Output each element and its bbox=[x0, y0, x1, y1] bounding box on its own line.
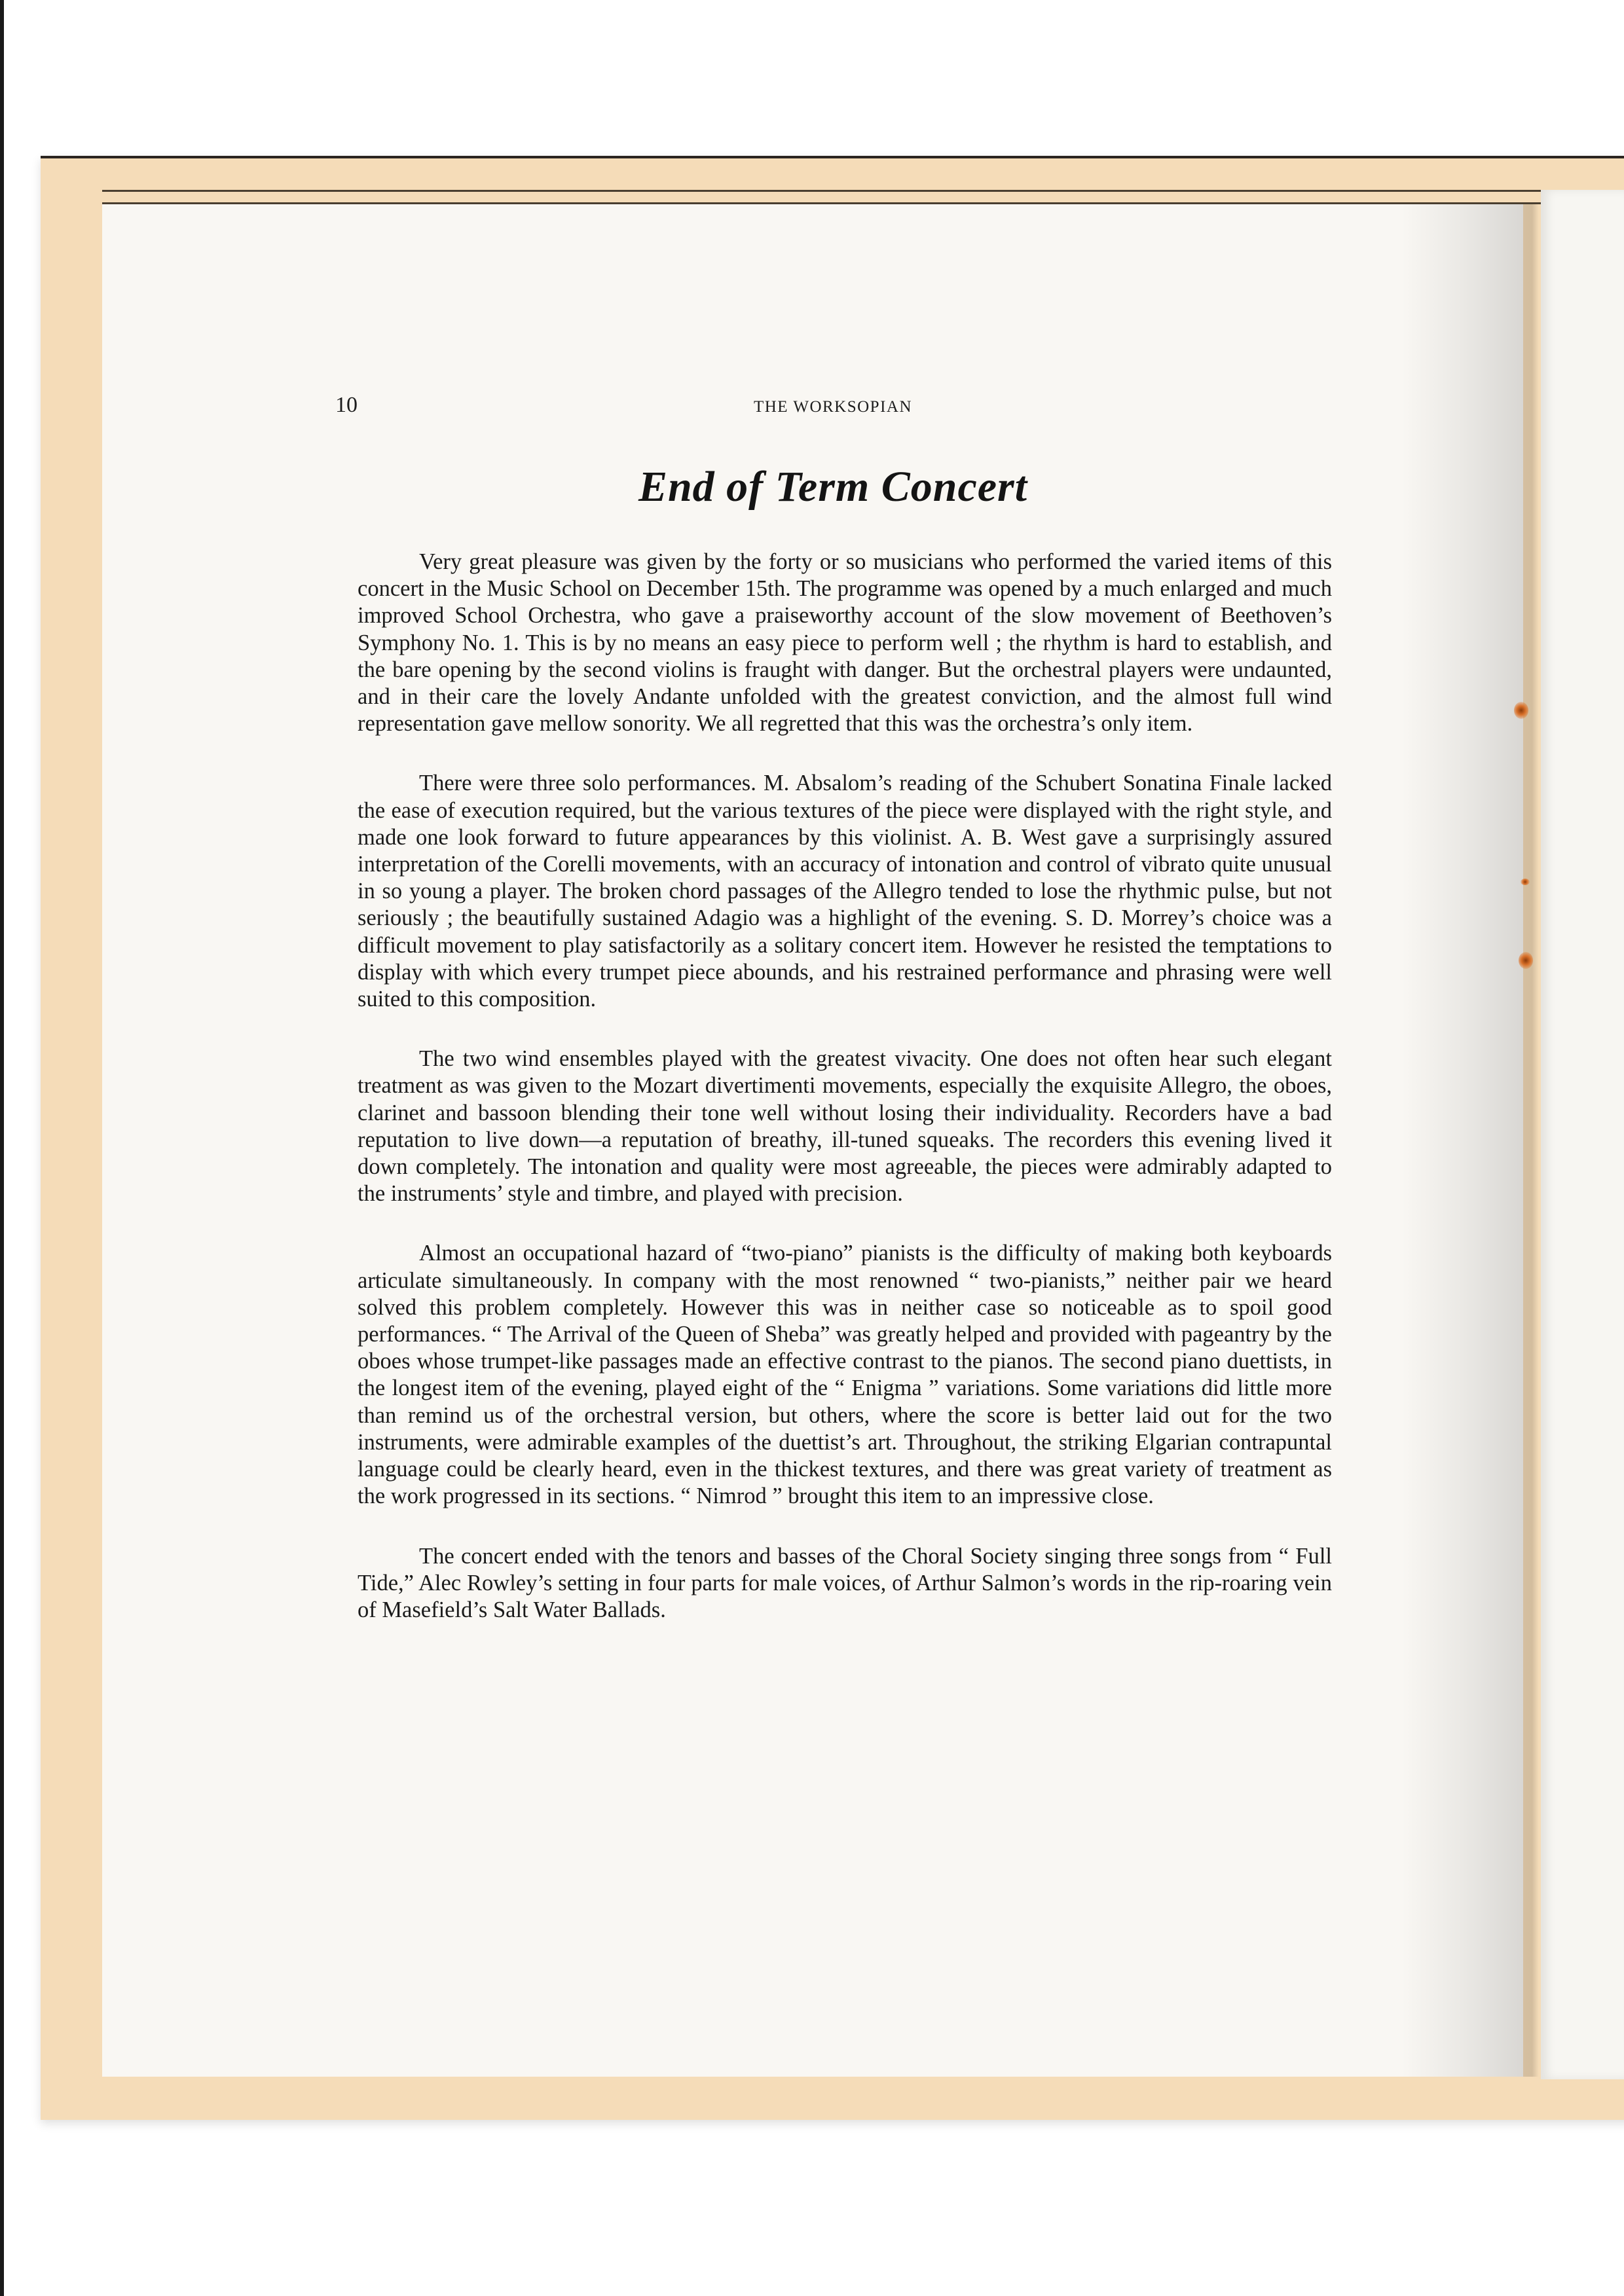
article-body: Very great pleasure was given by the for… bbox=[358, 549, 1332, 1656]
page-header: 10 THE WORKSOPIAN bbox=[335, 393, 1331, 419]
paragraph-two-piano: Almost an occupational hazard of “two-pi… bbox=[358, 1240, 1332, 1510]
running-head: THE WORKSOPIAN bbox=[335, 398, 1331, 416]
page-fold-shadow bbox=[1401, 204, 1539, 2077]
cover-rule-lines bbox=[102, 190, 1624, 204]
paragraph-choral-society: The concert ended with the tenors and ba… bbox=[358, 1543, 1332, 1624]
article-title: End of Term Concert bbox=[335, 462, 1331, 512]
rust-spot bbox=[1519, 952, 1533, 969]
paragraph-orchestra: Very great pleasure was given by the for… bbox=[358, 549, 1332, 737]
paragraph-wind-ensembles: The two wind ensembles played with the g… bbox=[358, 1046, 1332, 1207]
paragraph-solo-performances: There were three solo performances. M. A… bbox=[358, 770, 1332, 1013]
rust-spot bbox=[1521, 879, 1530, 885]
rust-spot bbox=[1514, 702, 1528, 719]
facing-page-edge bbox=[1541, 190, 1624, 2079]
scanner-edge bbox=[0, 0, 4, 2296]
